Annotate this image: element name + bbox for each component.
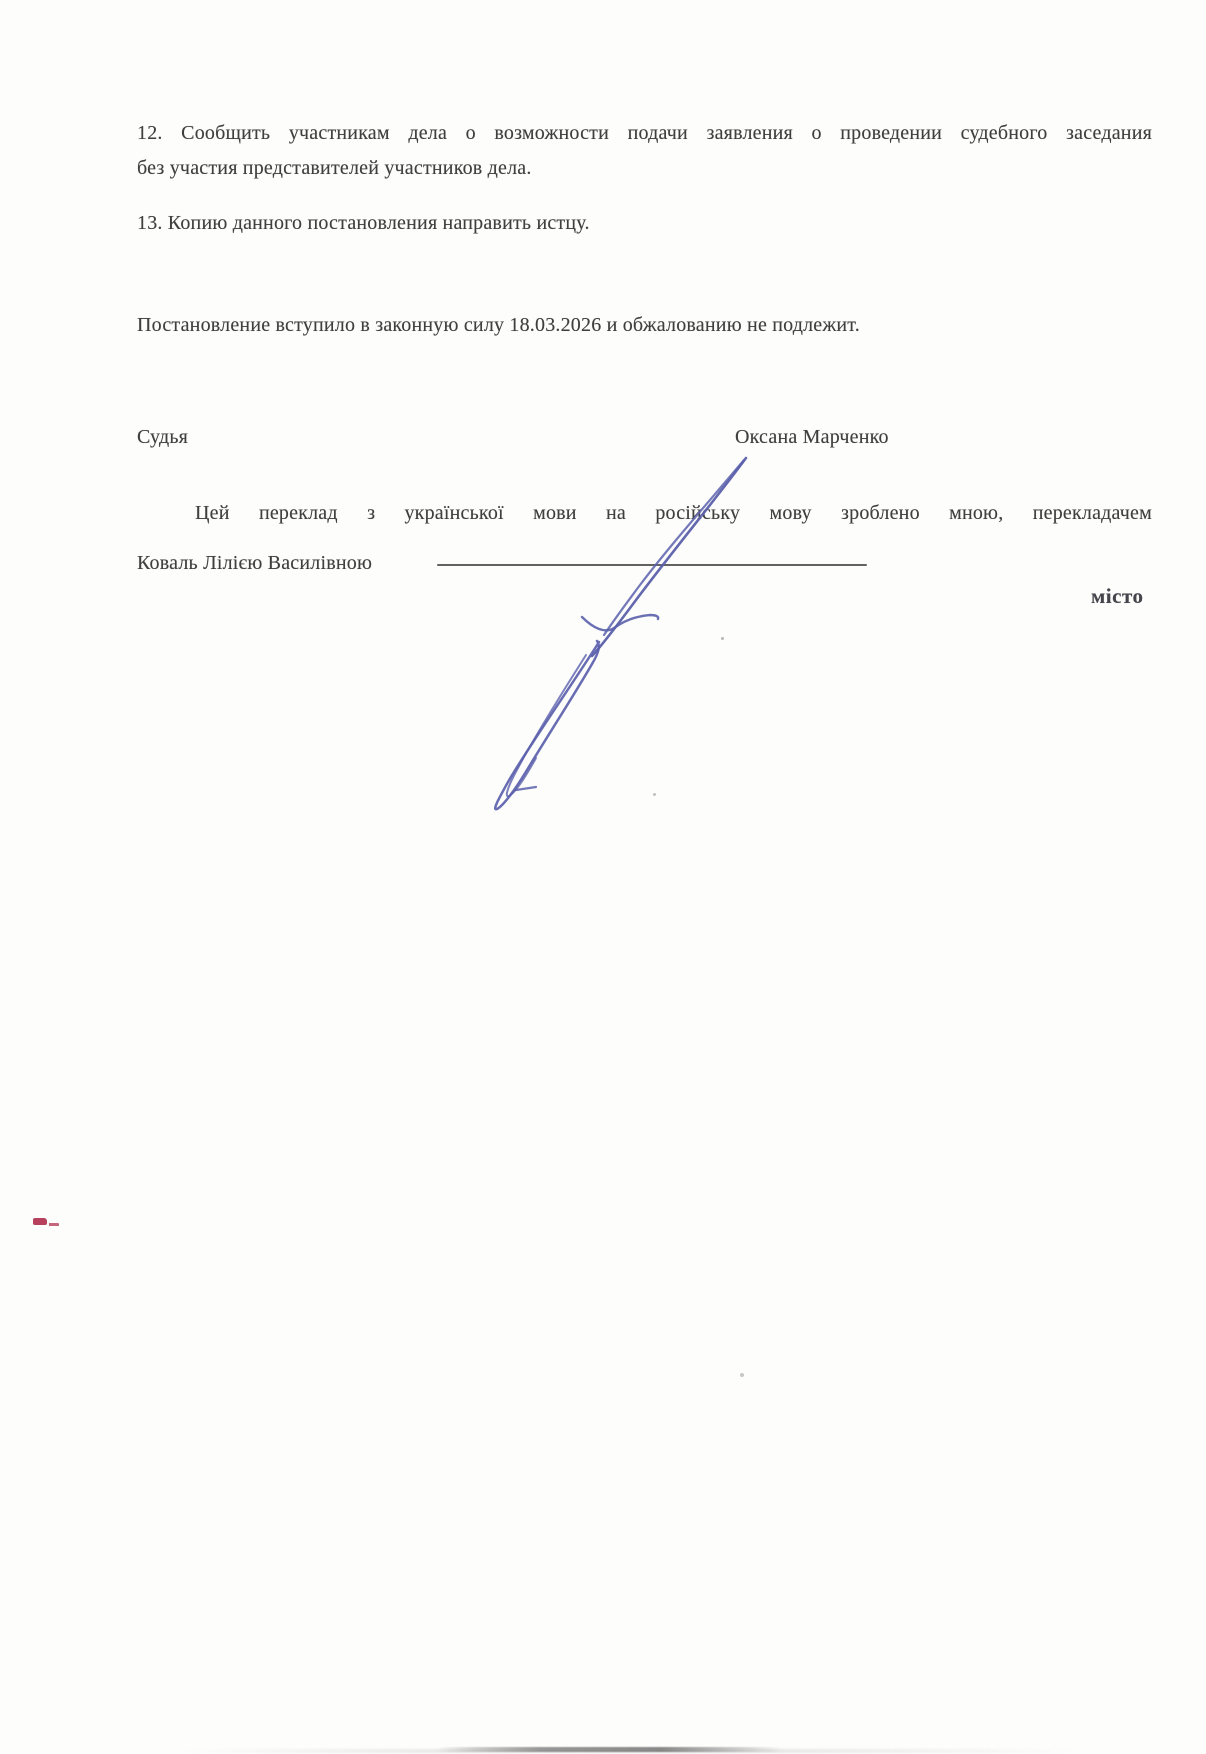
- scan-artifact-dot: [740, 1373, 744, 1377]
- city-label: місто: [1091, 584, 1144, 609]
- paragraph-13: 13. Копию данного постановления направит…: [137, 206, 1152, 241]
- scanned-document-page: 12. Сообщить участникам дела о возможнос…: [0, 0, 1206, 1754]
- paragraph-12-line-2: без участия представителей участников де…: [137, 151, 1152, 186]
- page-bottom-scan-edge: [437, 1747, 782, 1752]
- paragraph-12: 12. Сообщить участникам дела о возможнос…: [137, 116, 1152, 186]
- red-ink-mark: [33, 1218, 47, 1225]
- handwritten-signature: [440, 445, 770, 835]
- paragraph-12-line-1: 12. Сообщить участникам дела о возможнос…: [137, 116, 1152, 151]
- legal-force-statement: Постановление вступило в законную силу 1…: [137, 308, 1152, 343]
- judge-label: Судья: [137, 426, 188, 448]
